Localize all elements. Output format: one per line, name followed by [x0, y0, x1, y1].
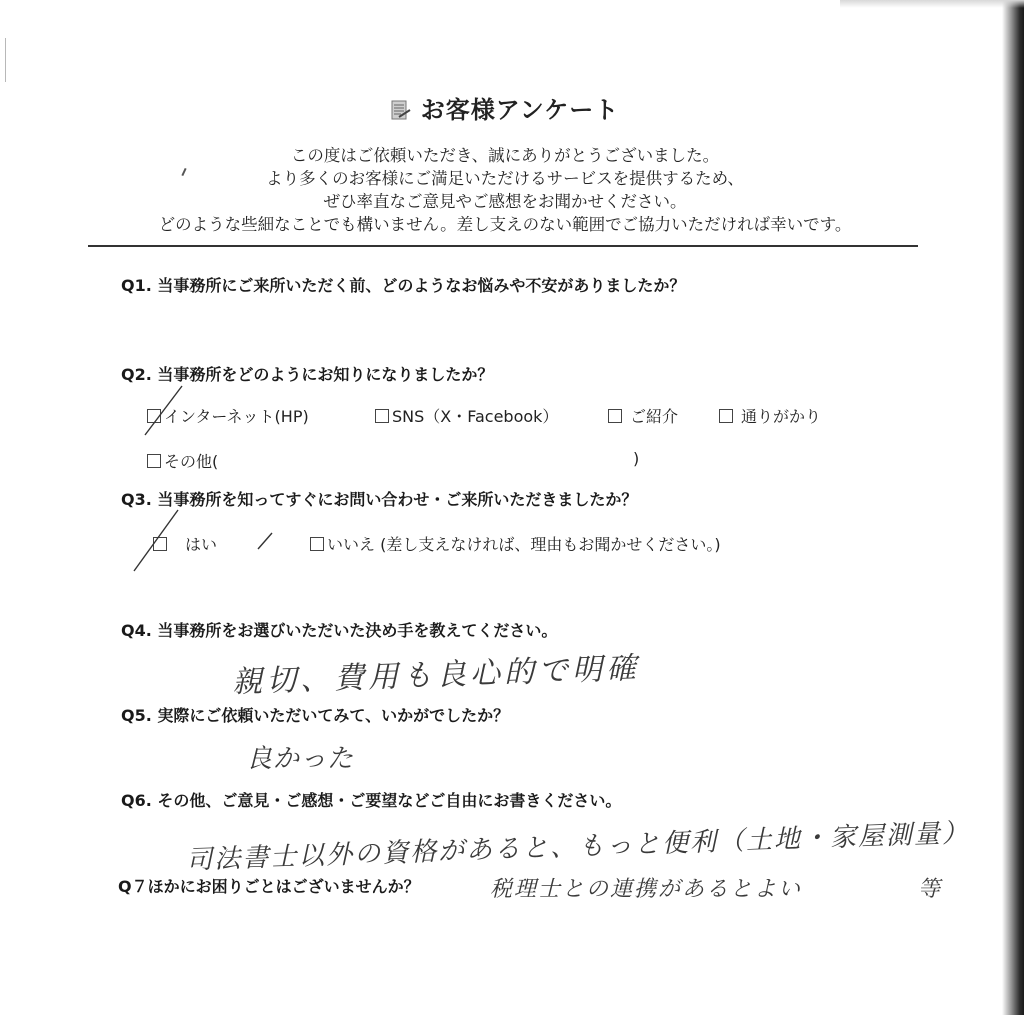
q4-handwritten-answer: 親切、費用も良心的で明確 [231, 643, 640, 701]
question-q6: Q6. その他、ご意見・ご感想・ご要望などご自由にお書きください。 [121, 788, 621, 811]
question-q3: Q3. 当事務所を知ってすぐにお問い合わせ・ご来所いただきましたか？ [121, 487, 637, 510]
margin-mark [5, 38, 6, 82]
checkbox[interactable] [310, 537, 324, 551]
question-q5: Q5. 実際にご依頼いただいてみて、いかがでしたか？ [121, 703, 509, 726]
checkbox[interactable] [608, 409, 622, 423]
question-q1: Q1. 当事務所にご来所いただく前、どのようなお悩みや不安がありましたか？ [121, 273, 685, 296]
option-label: その他( [164, 449, 218, 472]
checkbox-checked[interactable] [147, 409, 161, 423]
q2-other-close-paren: ) [633, 449, 639, 468]
q2-option-walk-by[interactable]: 通りがかり [719, 404, 821, 427]
intro-line: どのような些細なことでも構いません。差し支えのない範囲でご協力いただければ幸いで… [0, 213, 1010, 236]
q2-option-sns[interactable]: SNS（X・Facebook） [375, 404, 558, 427]
memo-icon [391, 99, 411, 121]
q5-handwritten-answer: 良かった [246, 738, 354, 775]
question-q2: Q2. 当事務所をどのようにお知りになりましたか？ [121, 362, 493, 385]
q6-handwritten-suffix: 等 [918, 872, 944, 903]
option-label: ご紹介 [630, 404, 678, 427]
checkbox[interactable] [375, 409, 389, 423]
q6-handwritten-answer-line1: 司法書士以外の資格があると、もっと便利（土地・家屋測量） [186, 812, 971, 876]
option-label: はい [185, 532, 217, 555]
option-label: SNS（X・Facebook） [392, 404, 558, 427]
scanner-shadow-top [840, 0, 1024, 8]
q2-option-referral[interactable]: ご紹介 [608, 404, 678, 427]
intro-line: ぜひ率直なご意見やご感想をお聞かせください。 [0, 190, 1010, 213]
q3-option-no[interactable]: いいえ (差し支えなければ、理由もお聞かせください。) [310, 532, 721, 555]
q3-separator-stroke [258, 533, 272, 549]
survey-title: お客様アンケート [0, 90, 1010, 125]
checkbox[interactable] [719, 409, 733, 423]
intro-text: この度はご依頼いただき、誠にありがとうございました。 より多くのお客様にご満足い… [0, 144, 1010, 236]
checkbox-checked[interactable] [153, 537, 167, 551]
option-label: インターネット(HP) [164, 404, 309, 427]
q3-option-yes[interactable]: はい [153, 532, 217, 555]
intro-line: この度はご依頼いただき、誠にありがとうございました。 [0, 144, 1010, 167]
question-q7: Q７ほかにお困りごとはございませんか？ [118, 874, 420, 897]
intro-line: より多くのお客様にご満足いただけるサービスを提供するため、 [0, 167, 1010, 190]
header-divider [88, 245, 918, 247]
question-q4: Q4. 当事務所をお選びいただいた決め手を教えてください。 [121, 618, 557, 641]
option-label: 通りがかり [741, 404, 821, 427]
q6-handwritten-answer-line2: 税理士との連携があるとよい [490, 872, 802, 903]
survey-title-text: お客様アンケート [421, 96, 620, 124]
option-label: いいえ (差し支えなければ、理由もお聞かせください。) [327, 532, 721, 555]
checkbox[interactable] [147, 454, 161, 468]
q2-option-internet[interactable]: インターネット(HP) [147, 404, 309, 427]
q2-option-other[interactable]: その他( [147, 449, 218, 472]
